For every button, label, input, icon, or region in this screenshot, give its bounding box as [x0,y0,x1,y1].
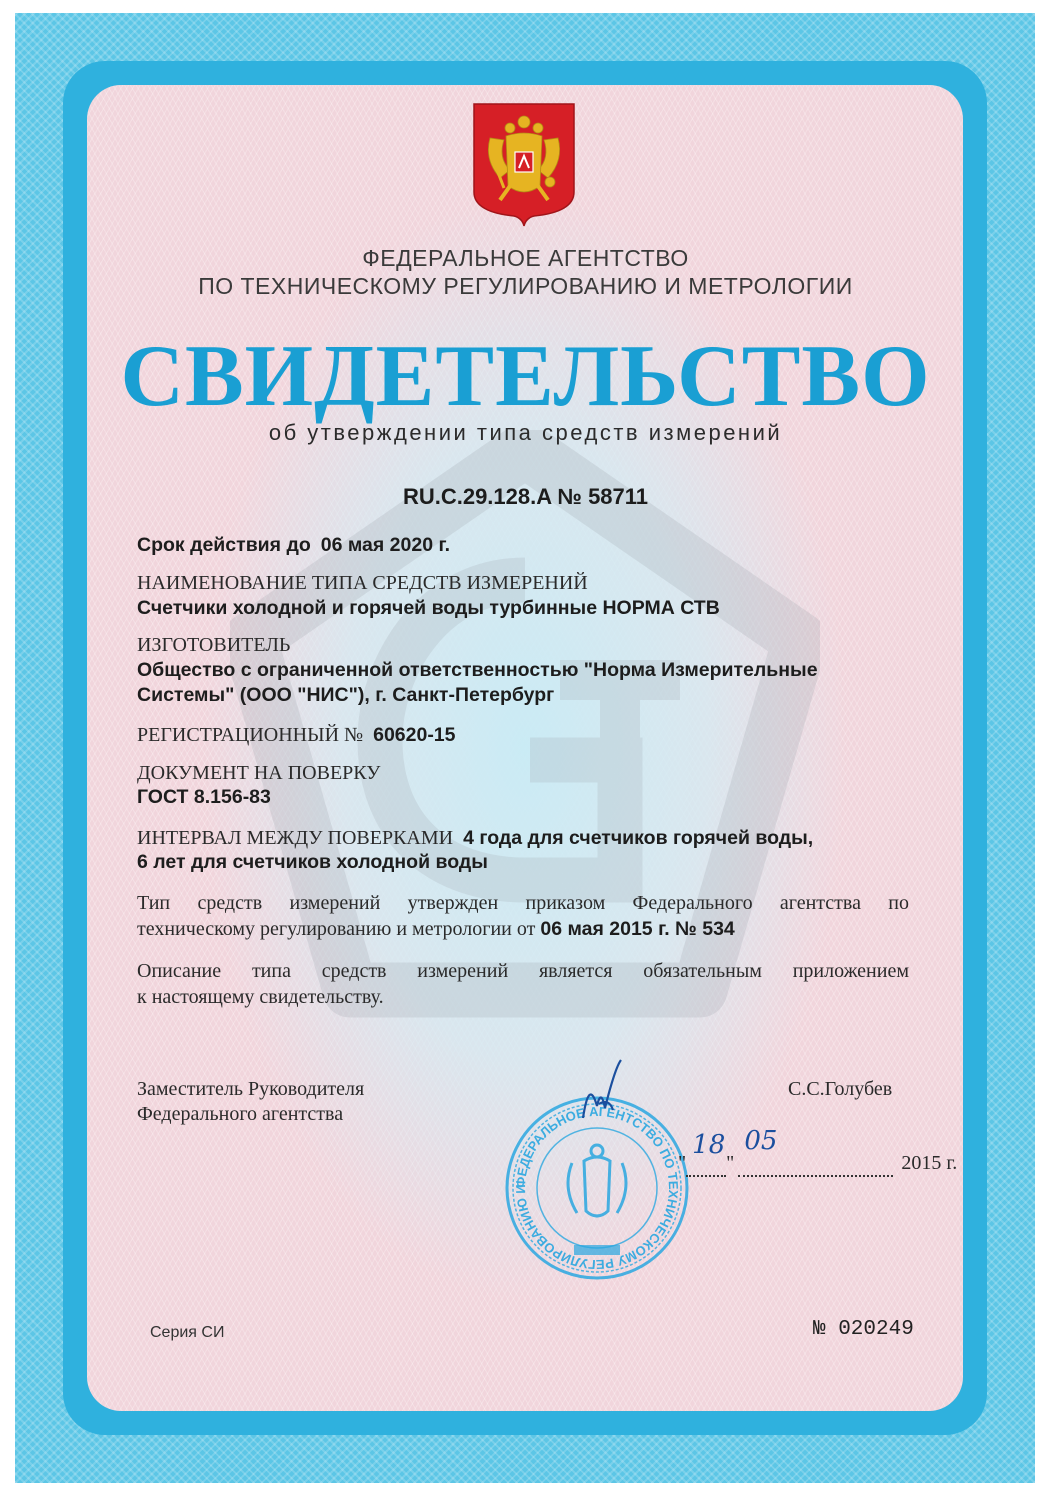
type-name-label: НАИМЕНОВАНИЕ ТИПА СРЕДСТВ ИЗМЕРЕНИЙ [137,572,588,595]
date-year: 2015 г. [901,1152,957,1174]
description-line1: Описание типа средств измерений является… [137,958,909,984]
signatory-name: С.С.Голубев [788,1078,892,1101]
series-label: Серия СИ [150,1324,224,1342]
interval-label: ИНТЕРВАЛ МЕЖДУ ПОВЕРКАМИ [137,827,453,849]
document-title: СВИДЕТЕЛЬСТВО [0,326,1051,427]
signatory-title-line2: Федерального агентства [137,1103,343,1126]
date-quote-close: " [726,1152,734,1174]
registration-label: РЕГИСТРАЦИОННЫЙ № [137,724,363,746]
verification-doc-value: ГОСТ 8.156-83 [137,786,271,809]
document-subtitle: об утверждении типа средств измерений [0,420,1051,446]
russian-coat-of-arms-icon [470,100,578,228]
validity-date: 06 мая 2020 г. [321,534,450,556]
manufacturer-line1: Общество с ограниченной ответственностью… [137,659,818,682]
serial-number: № 020249 [813,1318,914,1341]
description-paragraph: Описание типа средств измерений является… [137,958,909,1010]
registration-row: РЕГИСТРАЦИОННЫЙ № 60620-15 [137,724,456,747]
signature-icon [575,1058,635,1128]
registration-value: 60620-15 [373,724,455,746]
date-month-field: 05 [738,1152,893,1177]
date-month-handwritten: 05 [744,1126,777,1156]
agency-name-line2: ПО ТЕХНИЧЕСКОМУ РЕГУЛИРОВАНИЮ И МЕТРОЛОГ… [0,273,1051,300]
date-day-handwritten: 18 [692,1130,725,1160]
date-quote-open: " [678,1152,686,1174]
signing-date-row: "18 "05 2015 г. [678,1152,957,1177]
type-name-value: Счетчики холодной и горячей воды турбинн… [137,597,720,620]
agency-name-line1: ФЕДЕРАЛЬНОЕ АГЕНТСТВО [0,245,1051,272]
date-day-field: 18 [686,1152,726,1177]
signatory-title-line1: Заместитель Руководителя [137,1078,364,1101]
interval-line2: 6 лет для счетчиков холодной воды [137,851,488,874]
manufacturer-line2: Системы" (ООО "НИС"), г. Санкт-Петербург [137,684,554,707]
manufacturer-label: ИЗГОТОВИТЕЛЬ [137,634,290,657]
interval-line1: 4 года для счетчиков горячей воды, [463,827,813,849]
approval-text-line2: техническому регулированию и метрологии … [137,918,535,940]
interval-row: ИНТЕРВАЛ МЕЖДУ ПОВЕРКАМИ 4 года для счет… [137,827,813,850]
validity-label: Срок действия до [137,534,311,556]
approval-paragraph: Тип средств измерений утвержден приказом… [137,890,909,942]
approval-text-line1: Тип средств измерений утвержден приказом… [137,890,909,916]
certificate-number: RU.C.29.128.A № 58711 [0,484,1051,510]
description-line2: к настоящему свидетельству. [137,984,909,1010]
approval-order: 06 мая 2015 г. № 534 [540,918,734,940]
verification-doc-label: ДОКУМЕНТ НА ПОВЕРКУ [137,762,380,785]
validity-row: Срок действия до 06 мая 2020 г. [137,534,450,557]
